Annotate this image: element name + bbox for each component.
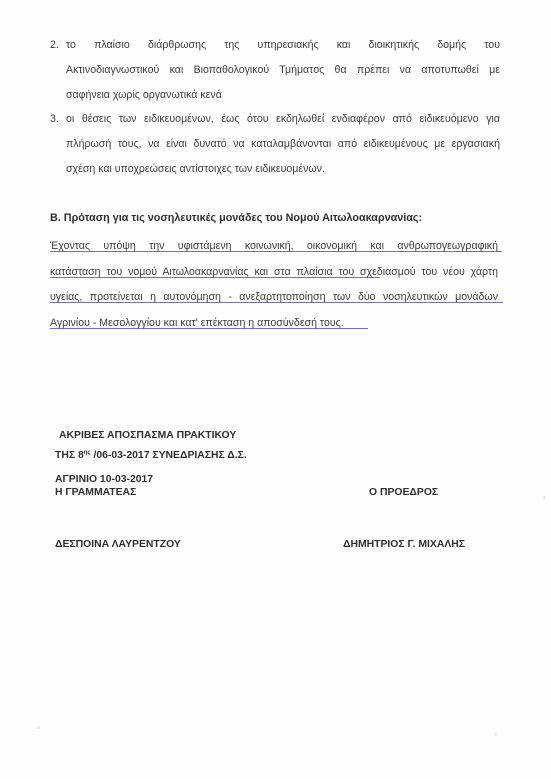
scan-speck bbox=[494, 733, 497, 736]
list-number: 2. bbox=[50, 33, 59, 58]
underlined-line: Αγρινίου - Μεσολογγίου και κατ' επέκταση… bbox=[50, 311, 498, 337]
text-line: σχέση και υποχρεώσεις αντίστοιχες των ει… bbox=[66, 157, 500, 182]
list-number: 3. bbox=[50, 107, 59, 132]
text-line: σαφήνεια χωρίς οργανωτικά κενά bbox=[66, 83, 500, 108]
text-line: οι θέσεις των ειδικευομένων, έως ότου εκ… bbox=[66, 107, 500, 132]
text-line: Έχοντας υπόψη την υφιστάμενη κοινωνική, … bbox=[50, 240, 498, 252]
text-line: πλήρωσή τους, να είναι δυνατό να καταλαμ… bbox=[66, 132, 500, 157]
underlined-line: Έχοντας υπόψη την υφιστάμενη κοινωνική, … bbox=[50, 234, 498, 260]
session-line: ΤΗΣ 8ης /06-03-2017 ΣΥΝΕΔΡΙΑΣΗΣ Δ.Σ. bbox=[55, 447, 247, 462]
ordinal-suffix: ης bbox=[84, 450, 91, 456]
section-b-paragraph: Έχοντας υπόψη την υφιστάμενη κοινωνική, … bbox=[50, 234, 498, 336]
underlined-line: υγείας, προτείνεται η αυτονόμηση - ανεξα… bbox=[50, 285, 498, 311]
text-line: Αγρινίου - Μεσολογγίου και κατ' επέκταση… bbox=[50, 317, 344, 329]
secretary-role: Η ΓΡΑΜΜΑΤΕΑΣ bbox=[55, 486, 136, 499]
list-item-text: το πλαίσιο διάρθρωσης της υπηρεσιακής κα… bbox=[66, 33, 500, 107]
text-line: Ακτινοδιαγνωστικού και Βιοπαθολογικού Τμ… bbox=[66, 58, 500, 83]
text-line: υγείας, προτείνεται η αυτονόμηση - ανεξα… bbox=[50, 291, 498, 303]
scan-speck bbox=[37, 726, 40, 729]
session-prefix: ΤΗΣ 8 bbox=[55, 450, 84, 461]
underlined-line: κατάσταση του νομού Αιτωλοακαρνανίας και… bbox=[50, 260, 498, 286]
text-line: κατάσταση του νομού Αιτωλοακαρνανίας και… bbox=[50, 266, 498, 278]
secretary-name: ΔΕΣΠΟΙΝΑ ΛΑΥΡΕΝΤΖΟΥ bbox=[55, 538, 181, 551]
list-item-text: οι θέσεις των ειδικευομένων, έως ότου εκ… bbox=[66, 107, 500, 181]
section-b-heading: Β. Πρόταση για τις νοσηλευτικές μονάδες … bbox=[50, 212, 422, 224]
document-page: 2. το πλαίσιο διάρθρωσης της υπηρεσιακής… bbox=[0, 0, 551, 779]
scan-speck bbox=[543, 496, 546, 499]
president-name: ΔΗΜΗΤΡΙΟΣ Γ. ΜΙΧΑΛΗΣ bbox=[343, 538, 465, 551]
list-item-3: 3. οι θέσεις των ειδικευομένων, έως ότου… bbox=[50, 107, 500, 181]
president-role: Ο ΠΡΟΕΔΡΟΣ bbox=[369, 486, 438, 499]
text-line: το πλαίσιο διάρθρωσης της υπηρεσιακής κα… bbox=[66, 33, 500, 58]
extract-title: ΑΚΡΙΒΕΣ ΑΠΟΣΠΑΣΜΑ ΠΡΑΚΤΙΚΟΥ bbox=[59, 429, 236, 442]
list-item-2: 2. το πλαίσιο διάρθρωσης της υπηρεσιακής… bbox=[50, 33, 500, 107]
session-suffix: /06-03-2017 ΣΥΝΕΔΡΙΑΣΗΣ Δ.Σ. bbox=[91, 450, 247, 461]
place-date: ΑΓΡΙΝΙΟ 10-03-2017 bbox=[55, 473, 153, 486]
